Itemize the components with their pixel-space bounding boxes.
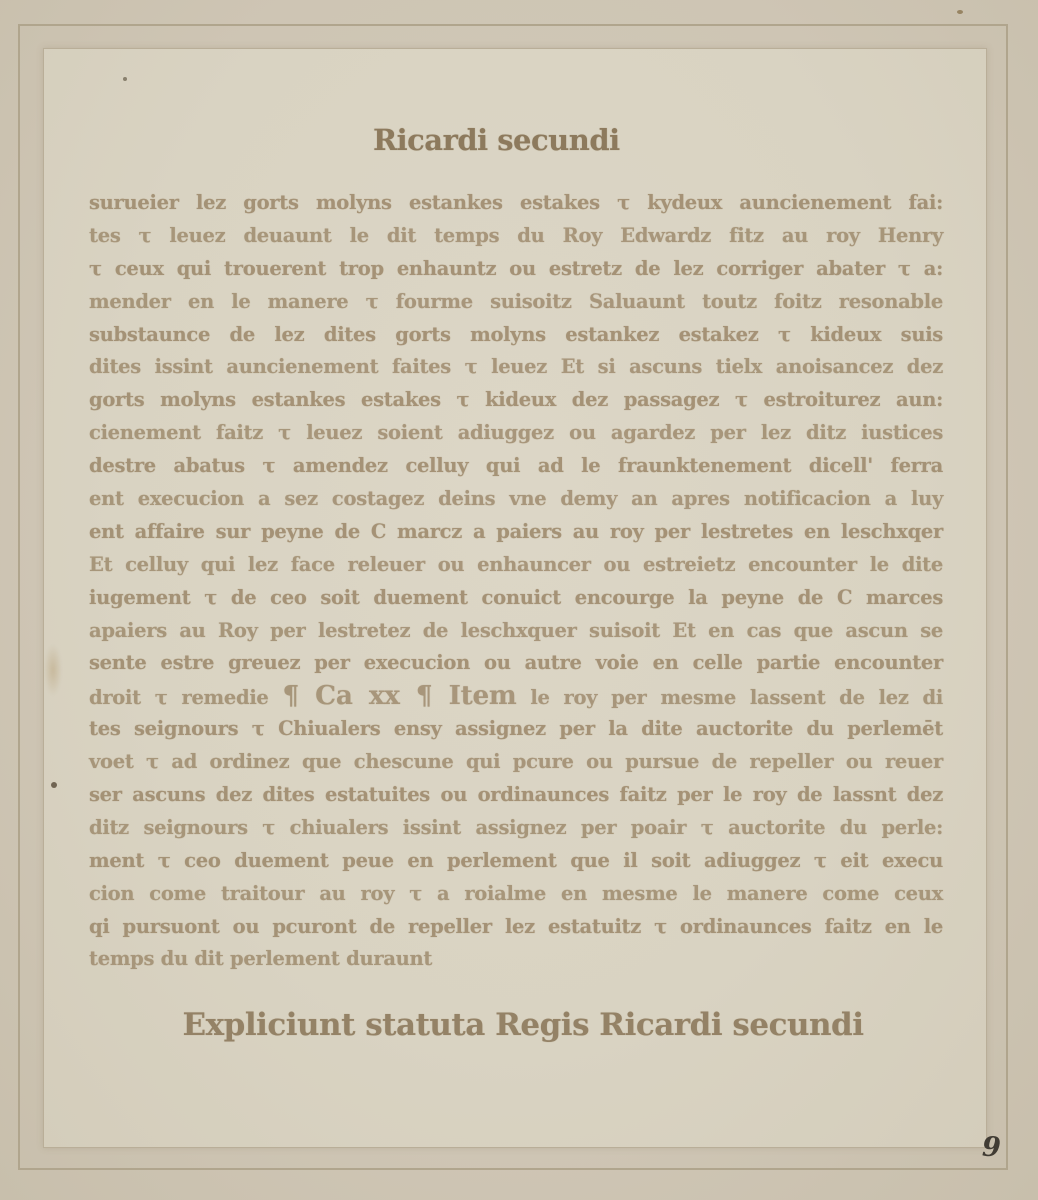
- text-segment: ment τ ceo duement peue en perlement que…: [89, 849, 943, 872]
- text-line: dites issint auncienement faites τ leuez…: [89, 351, 943, 384]
- statute-text-block: surueier lez gorts molyns estankes estak…: [89, 187, 943, 976]
- text-line: mender en le manere τ fourme suisoitz Sa…: [89, 286, 943, 319]
- text-segment: ¶ Ca xx ¶ Item: [282, 680, 516, 711]
- section-heading: Ricardi secundi: [373, 123, 620, 157]
- text-segment: tes τ leuez deuaunt le dit temps du Roy …: [89, 224, 943, 247]
- text-line: tes τ leuez deuaunt le dit temps du Roy …: [89, 220, 943, 253]
- text-segment: sente estre greuez per execucion ou autr…: [89, 651, 943, 674]
- photo-mount: Ricardi secundi surueier lez gorts molyn…: [0, 0, 1038, 1200]
- text-segment: apaiers au Roy per lestretez de leschxqu…: [89, 619, 943, 642]
- foxing-spot: [44, 644, 62, 696]
- text-line: ser ascuns dez dites estatuites ou ordin…: [89, 779, 943, 812]
- text-segment: destre abatus τ amendez celluy qui ad le…: [89, 454, 943, 477]
- text-line: ent execucion a sez costagez deins vne d…: [89, 483, 943, 516]
- folio-number-annotation: 9: [981, 1132, 1001, 1164]
- text-line: ditz seignours τ chiualers issint assign…: [89, 812, 943, 845]
- text-segment: temps du dit perlement duraunt: [89, 947, 432, 970]
- text-line: sente estre greuez per execucion ou autr…: [89, 647, 943, 680]
- text-segment: Et celluy qui lez face releuer ou enhaun…: [89, 553, 943, 576]
- text-segment: qi pursuont ou pcuront de repeller lez e…: [89, 915, 943, 938]
- ink-speck: [957, 10, 963, 14]
- text-segment: mender en le manere τ fourme suisoitz Sa…: [89, 290, 943, 313]
- text-segment: tes seignours τ Chiualers ensy assignez …: [89, 717, 943, 740]
- text-line: ment τ ceo duement peue en perlement que…: [89, 845, 943, 878]
- text-segment: surueier lez gorts molyns estankes estak…: [89, 191, 943, 214]
- ink-speck: [123, 77, 127, 81]
- text-segment: cienement faitz τ leuez soient adiuggez …: [89, 421, 943, 444]
- text-segment: le roy per mesme lassent de lez di: [516, 686, 943, 709]
- text-line: τ ceux qui trouerent trop enhauntz ou es…: [89, 253, 943, 286]
- text-line: gorts molyns estankes estakes τ kideux d…: [89, 384, 943, 417]
- statute-leaf: Ricardi secundi surueier lez gorts molyn…: [43, 48, 987, 1148]
- text-segment: ditz seignours τ chiualers issint assign…: [89, 816, 943, 839]
- text-segment: iugement τ de ceo soit duement conuict e…: [89, 586, 943, 609]
- text-segment: ent execucion a sez costagez deins vne d…: [89, 487, 943, 510]
- text-line: destre abatus τ amendez celluy qui ad le…: [89, 450, 943, 483]
- ink-speck: [51, 782, 57, 788]
- explicit-colophon: Expliciunt statuta Regis Ricardi secundi: [89, 1007, 943, 1043]
- text-line: substaunce de lez dites gorts molyns est…: [89, 319, 943, 352]
- text-line: apaiers au Roy per lestretez de leschxqu…: [89, 615, 943, 648]
- text-line: surueier lez gorts molyns estankes estak…: [89, 187, 943, 220]
- text-line: iugement τ de ceo soit duement conuict e…: [89, 582, 943, 615]
- text-line: qi pursuont ou pcuront de repeller lez e…: [89, 911, 943, 944]
- text-line: Et celluy qui lez face releuer ou enhaun…: [89, 549, 943, 582]
- text-line: temps du dit perlement duraunt: [89, 943, 943, 976]
- text-line: tes seignours τ Chiualers ensy assignez …: [89, 713, 943, 746]
- text-line: ent affaire sur peyne de C marcz a paier…: [89, 516, 943, 549]
- text-segment: ent affaire sur peyne de C marcz a paier…: [89, 520, 943, 543]
- text-segment: dites issint auncienement faites τ leuez…: [89, 355, 943, 378]
- text-segment: substaunce de lez dites gorts molyns est…: [89, 323, 943, 346]
- text-line: cienement faitz τ leuez soient adiuggez …: [89, 417, 943, 450]
- text-segment: ser ascuns dez dites estatuites ou ordin…: [89, 783, 943, 806]
- text-line: droit τ remedie ¶ Ca xx ¶ Item le roy pe…: [89, 680, 943, 713]
- text-line: cion come traitour au roy τ a roialme en…: [89, 878, 943, 911]
- text-segment: gorts molyns estankes estakes τ kideux d…: [89, 388, 943, 411]
- text-segment: droit τ remedie: [89, 686, 282, 709]
- text-segment: voet τ ad ordinez que chescune qui pcure…: [89, 750, 943, 773]
- text-segment: τ ceux qui trouerent trop enhauntz ou es…: [89, 257, 943, 280]
- text-line: voet τ ad ordinez que chescune qui pcure…: [89, 746, 943, 779]
- text-segment: cion come traitour au roy τ a roialme en…: [89, 882, 943, 905]
